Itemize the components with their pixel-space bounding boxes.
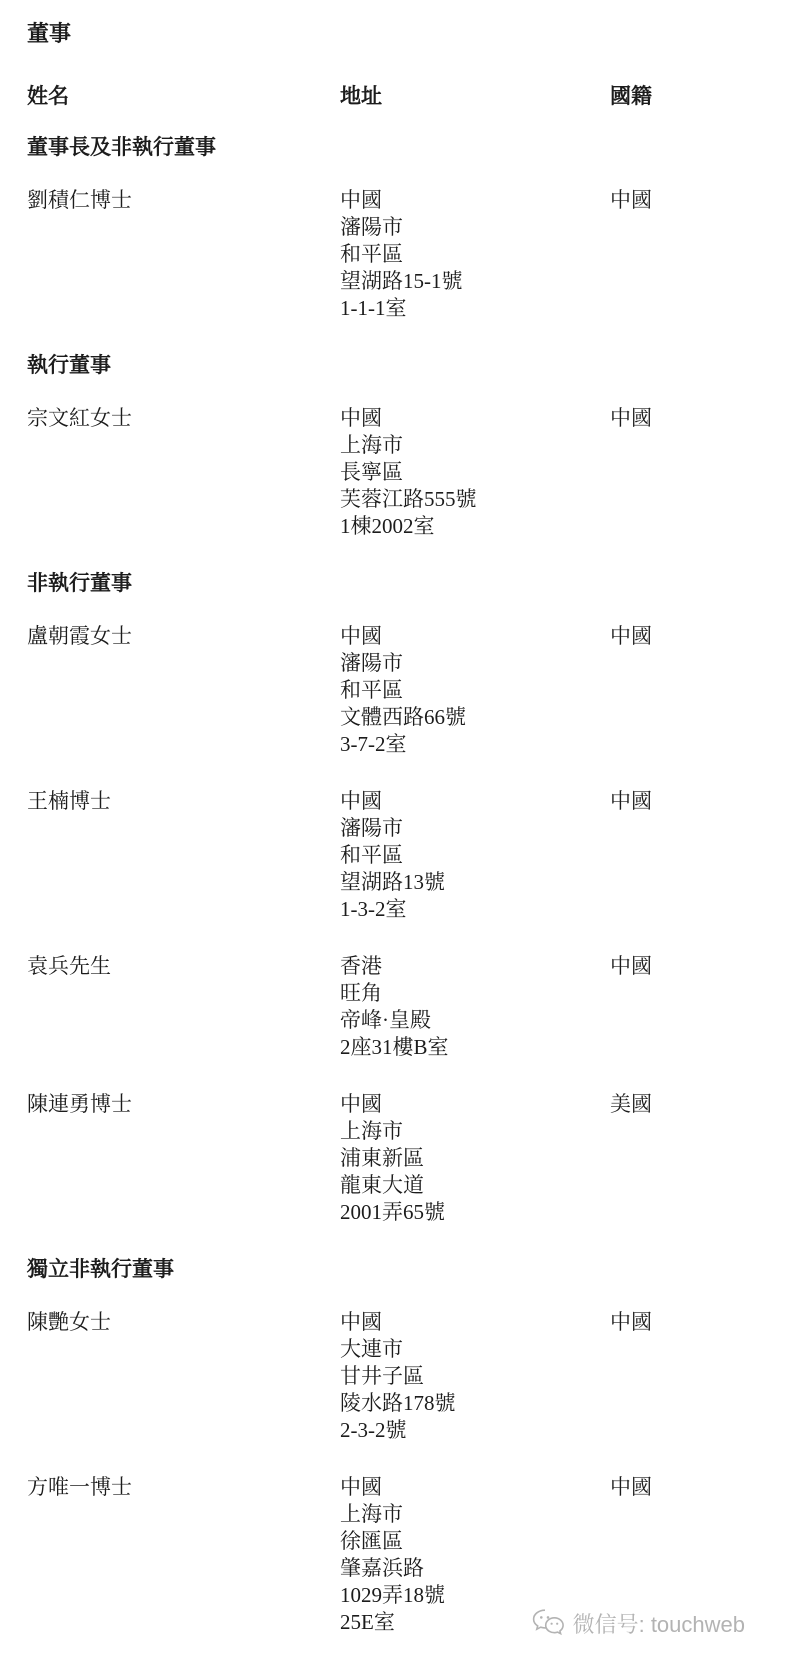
address-line: 中國 — [340, 623, 610, 650]
director-address: 中國大連市甘井子區陵水路178號2-3-2號 — [340, 1309, 610, 1444]
column-header-address: 地址 — [340, 83, 610, 110]
column-header-nationality: 國籍 — [610, 83, 800, 110]
director-nationality: 中國 — [610, 405, 800, 540]
director-section: 獨立非執行董事 陳艷女士 中國大連市甘井子區陵水路178號2-3-2號 中國 方… — [27, 1256, 800, 1636]
director-address: 香港旺角帝峰·皇殿2座31樓B室 — [340, 953, 610, 1061]
address-line: 和平區 — [340, 842, 610, 869]
director-row: 宗文紅女士 中國上海市長寧區芙蓉江路555號1棟2002室 中國 — [27, 405, 800, 540]
director-row: 劉積仁博士 中國瀋陽市和平區望湖路15-1號1-1-1室 中國 — [27, 187, 800, 322]
address-line: 1-3-2室 — [340, 896, 610, 923]
director-name: 劉積仁博士 — [27, 187, 340, 322]
director-name: 王楠博士 — [27, 788, 340, 923]
director-name: 盧朝霞女士 — [27, 623, 340, 758]
address-line: 3-7-2室 — [340, 731, 610, 758]
director-address: 中國上海市長寧區芙蓉江路555號1棟2002室 — [340, 405, 610, 540]
address-line: 2001弄65號 — [340, 1199, 610, 1226]
director-nationality: 中國 — [610, 623, 800, 758]
page-title: 董事 — [27, 20, 800, 47]
director-section: 非執行董事 盧朝霞女士 中國瀋陽市和平區文體西路66號3-7-2室 中國 王楠博… — [27, 570, 800, 1226]
director-section: 執行董事 宗文紅女士 中國上海市長寧區芙蓉江路555號1棟2002室 中國 — [27, 352, 800, 540]
address-line: 旺角 — [340, 980, 610, 1007]
section-heading: 獨立非執行董事 — [27, 1256, 800, 1283]
address-line: 和平區 — [340, 241, 610, 268]
address-line: 中國 — [340, 788, 610, 815]
address-line: 2-3-2號 — [340, 1417, 610, 1444]
column-header-name: 姓名 — [27, 83, 340, 110]
watermark: 微信号: touchweb — [532, 1608, 745, 1642]
section-heading: 執行董事 — [27, 352, 800, 379]
address-line: 中國 — [340, 405, 610, 432]
address-line: 瀋陽市 — [340, 214, 610, 241]
section-directors: 盧朝霞女士 中國瀋陽市和平區文體西路66號3-7-2室 中國 王楠博士 中國瀋陽… — [27, 623, 800, 1226]
address-line: 和平區 — [340, 677, 610, 704]
director-row: 袁兵先生 香港旺角帝峰·皇殿2座31樓B室 中國 — [27, 953, 800, 1061]
director-nationality: 中國 — [610, 953, 800, 1061]
table-header-row: 姓名 地址 國籍 — [27, 83, 800, 110]
address-line: 香港 — [340, 953, 610, 980]
address-line: 望湖路13號 — [340, 869, 610, 896]
address-line: 上海市 — [340, 1501, 610, 1528]
document-page: 董事 姓名 地址 國籍 董事長及非執行董事 劉積仁博士 中國瀋陽市和平區望湖路1… — [0, 0, 800, 1662]
address-line: 中國 — [340, 1309, 610, 1336]
wechat-icon — [532, 1608, 566, 1642]
address-line: 浦東新區 — [340, 1145, 610, 1172]
address-line: 中國 — [340, 1474, 610, 1501]
address-line: 1棟2002室 — [340, 513, 610, 540]
section-heading: 董事長及非執行董事 — [27, 134, 800, 161]
address-line: 徐匯區 — [340, 1528, 610, 1555]
address-line: 1-1-1室 — [340, 295, 610, 322]
director-name: 宗文紅女士 — [27, 405, 340, 540]
address-line: 望湖路15-1號 — [340, 268, 610, 295]
director-nationality: 美國 — [610, 1091, 800, 1226]
director-name: 袁兵先生 — [27, 953, 340, 1061]
address-line: 上海市 — [340, 432, 610, 459]
address-line: 陵水路178號 — [340, 1390, 610, 1417]
director-name: 方唯一博士 — [27, 1474, 340, 1636]
director-name: 陳艷女士 — [27, 1309, 340, 1444]
director-nationality: 中國 — [610, 1309, 800, 1444]
watermark-label: 微信号: touchweb — [573, 1612, 745, 1638]
address-line: 龍東大道 — [340, 1172, 610, 1199]
section-directors: 宗文紅女士 中國上海市長寧區芙蓉江路555號1棟2002室 中國 — [27, 405, 800, 540]
address-line: 大連市 — [340, 1336, 610, 1363]
director-address: 中國上海市浦東新區龍東大道2001弄65號 — [340, 1091, 610, 1226]
address-line: 甘井子區 — [340, 1363, 610, 1390]
section-directors: 劉積仁博士 中國瀋陽市和平區望湖路15-1號1-1-1室 中國 — [27, 187, 800, 322]
section-directors: 陳艷女士 中國大連市甘井子區陵水路178號2-3-2號 中國 方唯一博士 中國上… — [27, 1309, 800, 1636]
address-line: 帝峰·皇殿 — [340, 1007, 610, 1034]
director-nationality: 中國 — [610, 187, 800, 322]
director-address: 中國瀋陽市和平區望湖路13號1-3-2室 — [340, 788, 610, 923]
address-line: 1029弄18號 — [340, 1582, 610, 1609]
director-address: 中國瀋陽市和平區望湖路15-1號1-1-1室 — [340, 187, 610, 322]
director-name: 陳連勇博士 — [27, 1091, 340, 1226]
address-line: 肇嘉浜路 — [340, 1555, 610, 1582]
director-section: 董事長及非執行董事 劉積仁博士 中國瀋陽市和平區望湖路15-1號1-1-1室 中… — [27, 134, 800, 322]
address-line: 中國 — [340, 1091, 610, 1118]
director-row: 盧朝霞女士 中國瀋陽市和平區文體西路66號3-7-2室 中國 — [27, 623, 800, 758]
director-nationality: 中國 — [610, 788, 800, 923]
director-row: 陳連勇博士 中國上海市浦東新區龍東大道2001弄65號 美國 — [27, 1091, 800, 1226]
directors-table-body: 董事長及非執行董事 劉積仁博士 中國瀋陽市和平區望湖路15-1號1-1-1室 中… — [27, 134, 800, 1636]
address-line: 2座31樓B室 — [340, 1034, 610, 1061]
address-line: 瀋陽市 — [340, 815, 610, 842]
address-line: 中國 — [340, 187, 610, 214]
address-line: 長寧區 — [340, 459, 610, 486]
address-line: 上海市 — [340, 1118, 610, 1145]
address-line: 芙蓉江路555號 — [340, 486, 610, 513]
address-line: 瀋陽市 — [340, 650, 610, 677]
section-heading: 非執行董事 — [27, 570, 800, 597]
address-line: 文體西路66號 — [340, 704, 610, 731]
director-row: 王楠博士 中國瀋陽市和平區望湖路13號1-3-2室 中國 — [27, 788, 800, 923]
director-address: 中國瀋陽市和平區文體西路66號3-7-2室 — [340, 623, 610, 758]
director-row: 陳艷女士 中國大連市甘井子區陵水路178號2-3-2號 中國 — [27, 1309, 800, 1444]
